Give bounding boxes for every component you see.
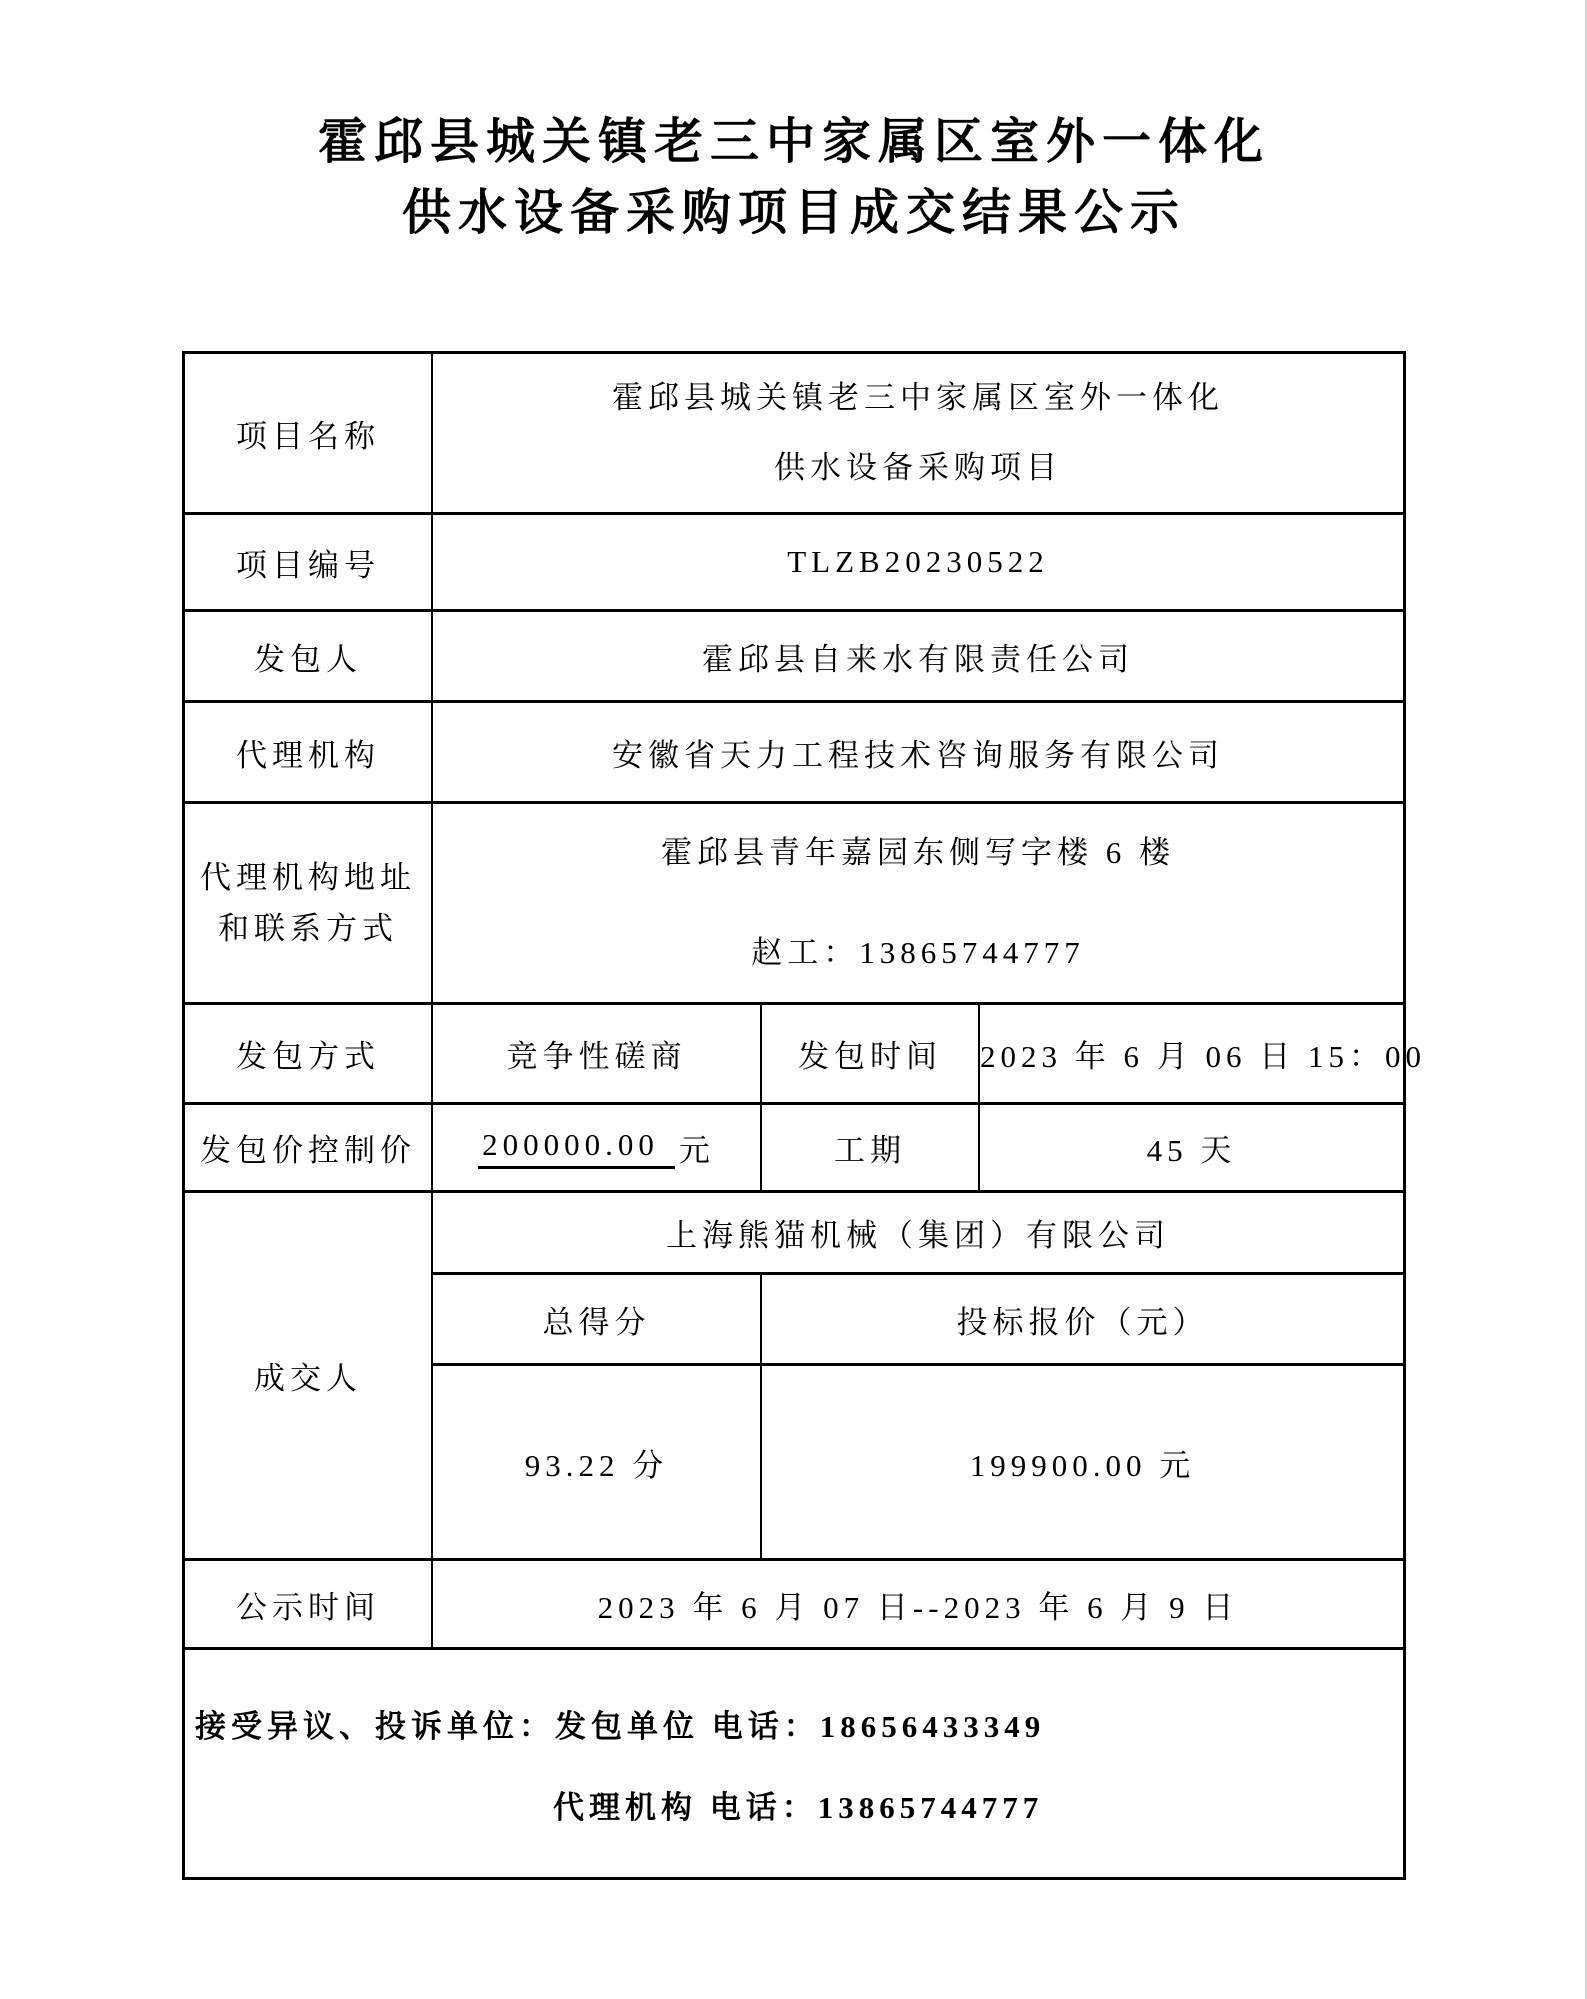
agency-contact-label: 代理机构地址 和联系方式	[185, 804, 433, 1002]
publicity-time-label: 公示时间	[185, 1561, 433, 1647]
row-tender-method: 发包方式 竞争性磋商 发包时间 2023 年 6 月 06 日 15：00	[185, 1005, 1403, 1105]
document-title-line-1: 霍邱县城关镇老三中家属区室外一体化	[182, 106, 1406, 177]
winner-company-row: 上海熊猫机械（集团）有限公司	[433, 1193, 1403, 1275]
agency-value: 安徽省天力工程技术咨询服务有限公司	[433, 703, 1403, 801]
row-complaint-contacts: 接受异议、投诉单位：发包单位 电话：18656433349 代理机构 电话：13…	[185, 1650, 1403, 1877]
project-name-label: 项目名称	[185, 354, 433, 512]
employer-value: 霍邱县自来水有限责任公司	[433, 612, 1403, 700]
agency-label: 代理机构	[185, 703, 433, 801]
project-name-value-line-2: 供水设备采购项目	[774, 433, 1062, 503]
complaint-line-2: 代理机构 电话：13865744777	[553, 1767, 1403, 1848]
agency-contact-value: 霍邱县青年嘉园东侧写字楼 6 楼 赵工：13865744777	[433, 804, 1403, 1002]
score-header: 总得分	[433, 1275, 762, 1363]
control-price-amount: 200000.00	[478, 1126, 675, 1169]
project-number-value: TLZB20230522	[433, 515, 1403, 609]
winner-company: 上海熊猫机械（集团）有限公司	[433, 1193, 1403, 1272]
winner-score: 93.22 分	[433, 1366, 762, 1558]
document-page: { "page": { "title_line1": "霍邱县城关镇老三中家属区…	[0, 0, 1587, 1999]
agency-contact-label-line-1: 代理机构地址	[200, 852, 416, 903]
control-price-unit: 元	[679, 1125, 715, 1170]
row-control-price: 发包价控制价 200000.00 元 工期 45 天	[185, 1105, 1403, 1193]
duration-value: 45 天	[980, 1105, 1403, 1190]
announcement-table: 项目名称 霍邱县城关镇老三中家属区室外一体化 供水设备采购项目 项目编号 TLZ…	[182, 351, 1406, 1880]
winner-value-row: 93.22 分 199900.00 元	[433, 1366, 1403, 1558]
winner-label: 成交人	[185, 1193, 433, 1558]
tender-method-value: 竞争性磋商	[433, 1005, 762, 1102]
document-title-line-2: 供水设备采购项目成交结果公示	[182, 177, 1406, 248]
row-agency: 代理机构 安徽省天力工程技术咨询服务有限公司	[185, 703, 1403, 804]
row-project-name: 项目名称 霍邱县城关镇老三中家属区室外一体化 供水设备采购项目	[185, 354, 1403, 515]
agency-contact-person: 赵工：13865744777	[751, 903, 1085, 1003]
project-name-value-line-1: 霍邱县城关镇老三中家属区室外一体化	[612, 363, 1224, 433]
project-name-value: 霍邱县城关镇老三中家属区室外一体化 供水设备采购项目	[433, 354, 1403, 512]
duration-label: 工期	[762, 1105, 980, 1190]
row-publicity-time: 公示时间 2023 年 6 月 07 日--2023 年 6 月 9 日	[185, 1561, 1403, 1650]
price-header: 投标报价（元）	[762, 1275, 1403, 1363]
row-employer: 发包人 霍邱县自来水有限责任公司	[185, 612, 1403, 703]
document-title: 霍邱县城关镇老三中家属区室外一体化 供水设备采购项目成交结果公示	[182, 106, 1406, 248]
publicity-time-value: 2023 年 6 月 07 日--2023 年 6 月 9 日	[433, 1561, 1403, 1647]
tender-time-label: 发包时间	[762, 1005, 980, 1102]
control-price-label: 发包价控制价	[185, 1105, 433, 1190]
control-price-value: 200000.00 元	[433, 1105, 762, 1190]
winner-price: 199900.00 元	[762, 1366, 1403, 1558]
employer-label: 发包人	[185, 612, 433, 700]
tender-time-value: 2023 年 6 月 06 日 15：00	[980, 1005, 1426, 1102]
complaint-contacts: 接受异议、投诉单位：发包单位 电话：18656433349 代理机构 电话：13…	[185, 1650, 1403, 1877]
agency-contact-label-line-2: 和联系方式	[218, 903, 398, 954]
tender-method-label: 发包方式	[185, 1005, 433, 1102]
winner-details: 上海熊猫机械（集团）有限公司 总得分 投标报价（元） 93.22 分 19990…	[433, 1193, 1403, 1558]
complaint-line-1: 接受异议、投诉单位：发包单位 电话：18656433349	[195, 1686, 1403, 1767]
agency-address: 霍邱县青年嘉园东侧写字楼 6 楼	[661, 803, 1175, 903]
row-winner: 成交人 上海熊猫机械（集团）有限公司 总得分 投标报价（元） 93.22 分 1…	[185, 1193, 1403, 1561]
project-number-label: 项目编号	[185, 515, 433, 609]
row-agency-contact: 代理机构地址 和联系方式 霍邱县青年嘉园东侧写字楼 6 楼 赵工：1386574…	[185, 804, 1403, 1005]
row-project-number: 项目编号 TLZB20230522	[185, 515, 1403, 612]
winner-header-row: 总得分 投标报价（元）	[433, 1275, 1403, 1366]
